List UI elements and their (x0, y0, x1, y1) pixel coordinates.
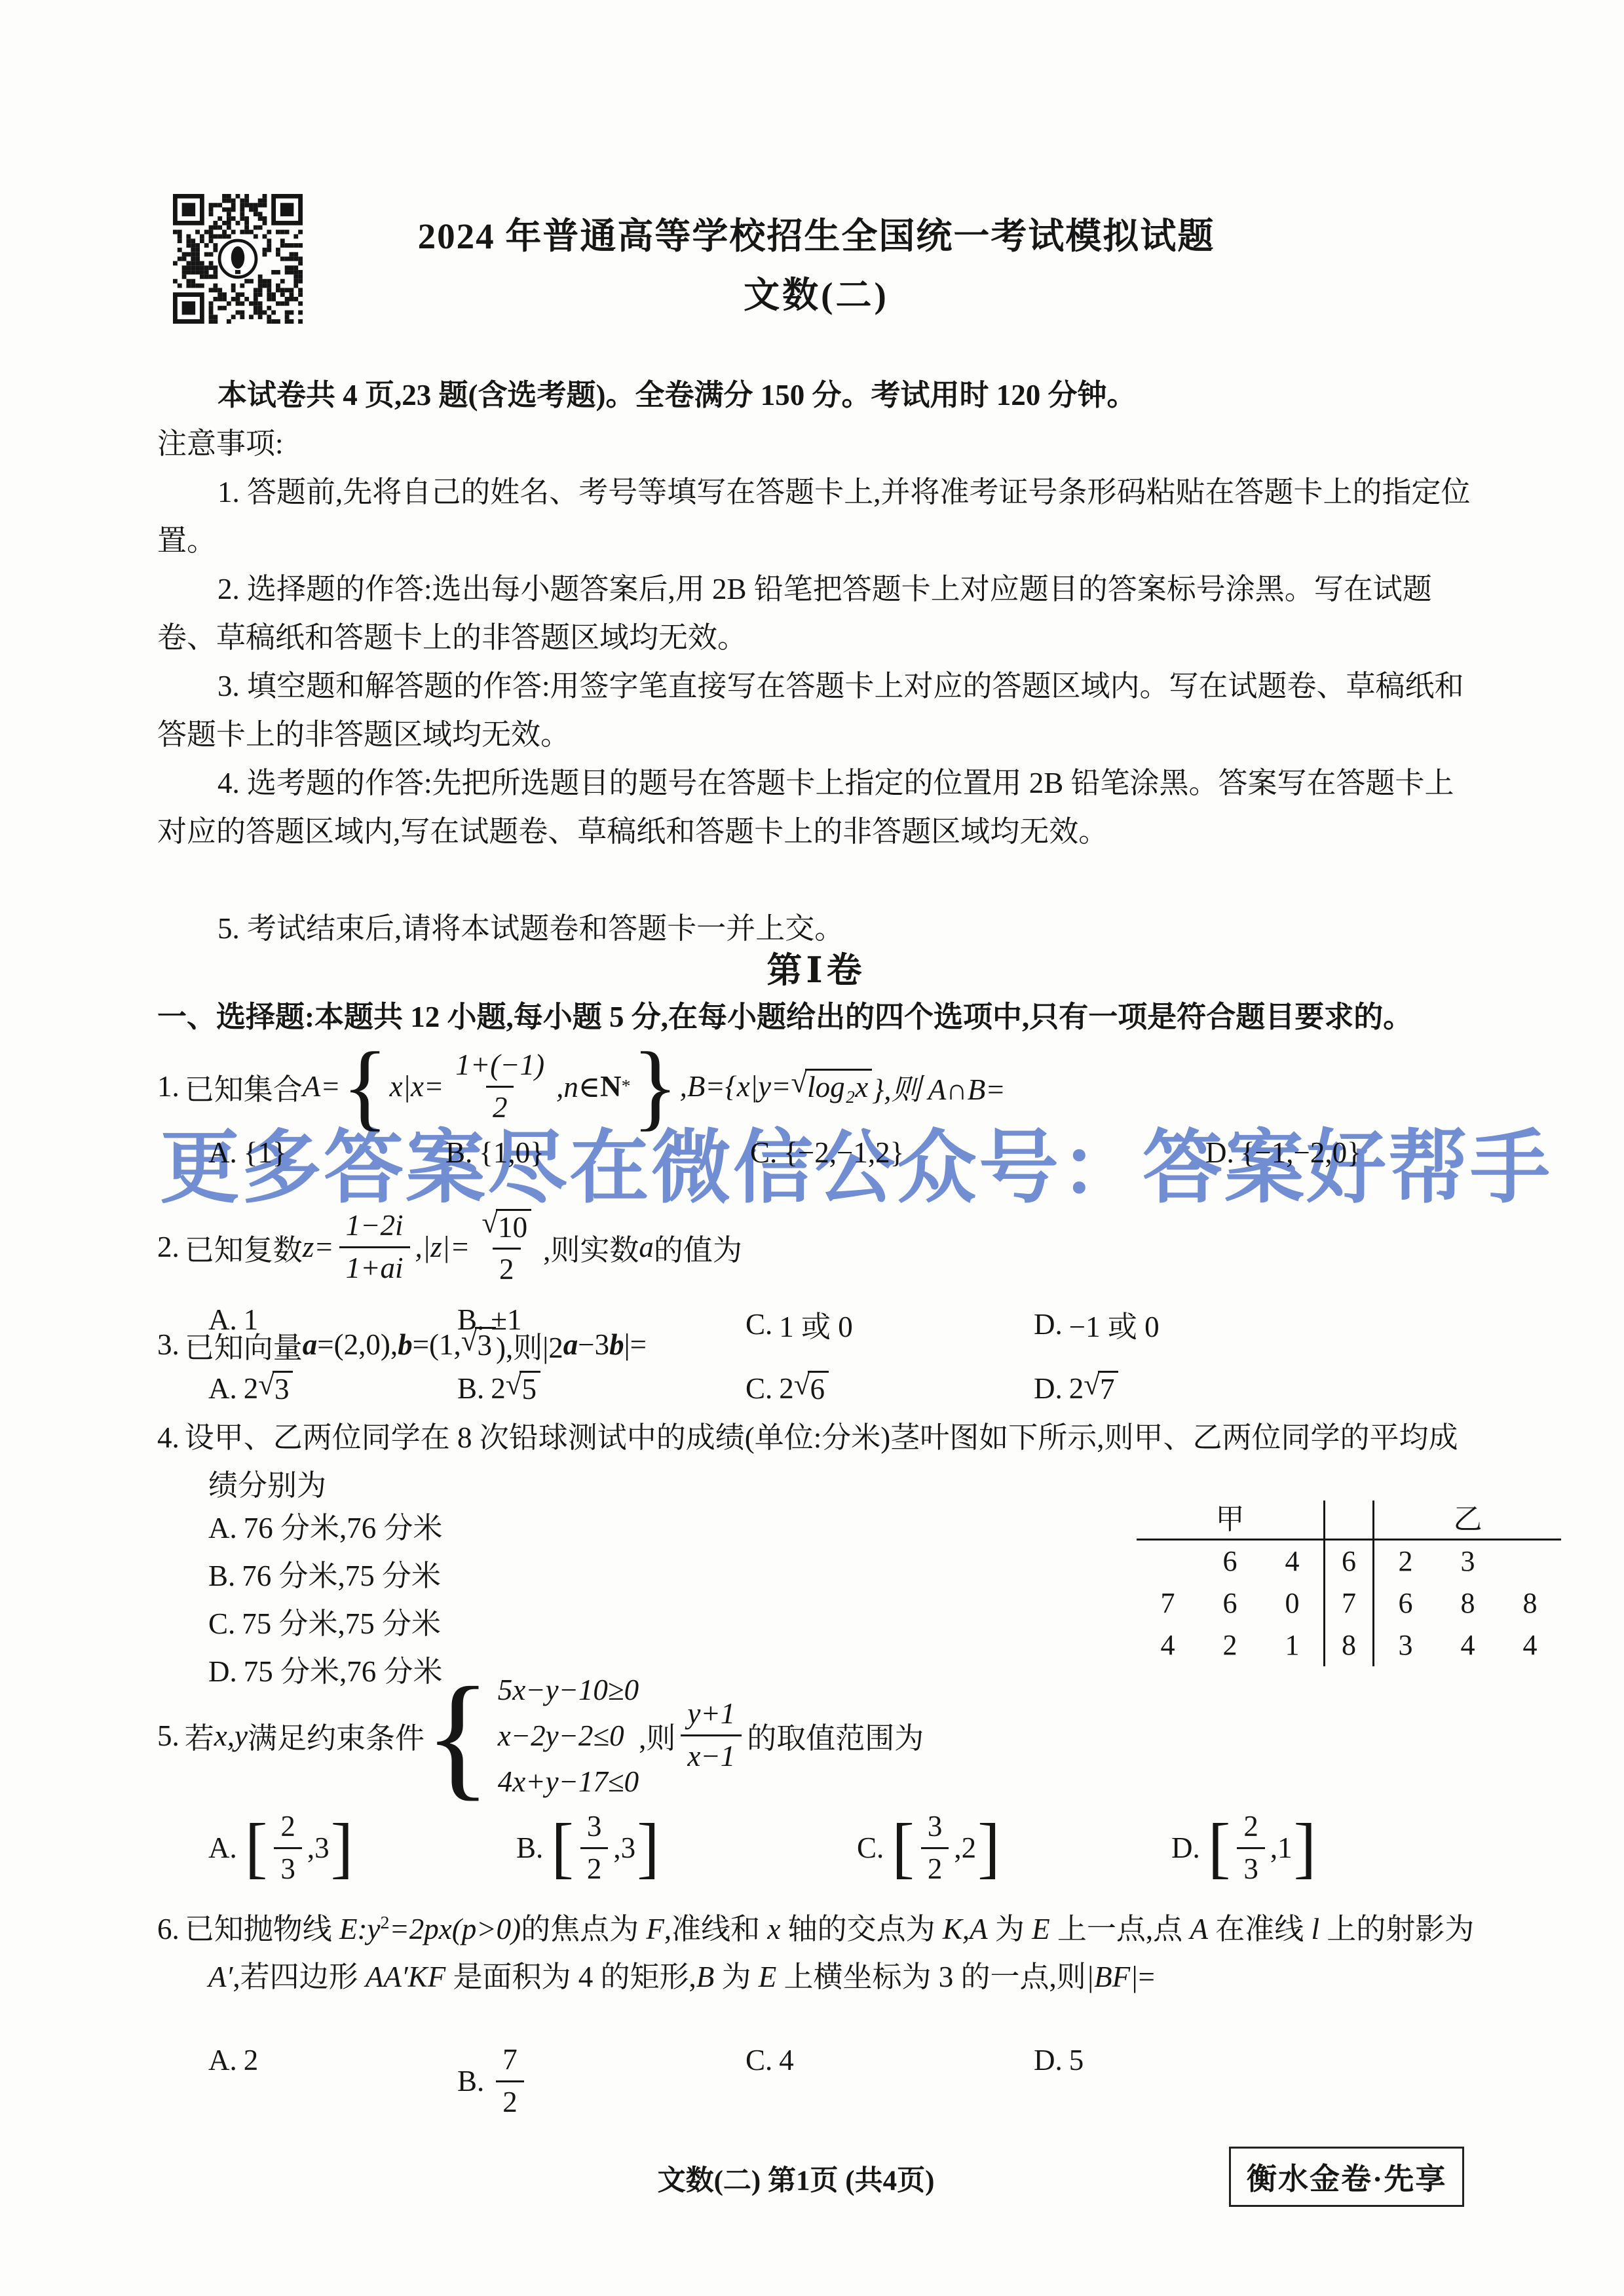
option-b: B.[32,3] (516, 1810, 661, 1886)
radical-sign: √ (791, 1068, 807, 1098)
question-2-number: 2. (157, 1230, 179, 1264)
question-5-number: 5. (157, 1719, 179, 1753)
option-c: C.[32,2] (857, 1810, 1002, 1886)
question-6: 6.已知抛物线 E:y2=2px(p>0)的焦点为 F,准线和 x 轴的交点为 … (157, 1899, 1477, 2001)
notice-heading: 注意事项: (157, 419, 1477, 468)
option-c: C.75 分米,75 分米 (208, 1600, 443, 1648)
fraction: 1−2i 1+ai (339, 1209, 410, 1286)
question-1-number: 1. (157, 1069, 179, 1103)
question-3: 3. 已知向量 a =(2,0), b =(1, √3 ),则|2 a −3 b… (157, 1318, 1477, 1371)
question-3-number: 3. (157, 1328, 179, 1362)
header-yi: 乙 (1374, 1501, 1561, 1539)
radical: √ log₂x (791, 1069, 872, 1104)
table-row: 6 4 6 2 3 (1137, 1540, 1561, 1582)
question-5: 5. 若 x,y 满足约束条件 { 5x−y−10≥0 x−2y−2≤0 4x+… (157, 1668, 1477, 1803)
notice-item-1: 1. 答题前,先将自己的姓名、考号等填写在答题卡上,并将准考证号条形码粘贴在答题… (157, 468, 1477, 565)
option-b: B.76 分米,75 分米 (208, 1552, 443, 1600)
fraction: √10 2 (475, 1207, 538, 1286)
table-row: 4 2 1 8 3 4 4 (1137, 1624, 1561, 1666)
option-a: A.2√3 (208, 1371, 293, 1406)
option-b: B.72 (457, 2043, 529, 2120)
exam-page: 2024 年普通高等学校招生全国统一考试模拟试题 文数(二) 本试卷共 4 页,… (0, 0, 1624, 2296)
option-a: A.2 (208, 2043, 258, 2077)
watermark: 更多答案尽在微信公众号：答案好帮手 (160, 1103, 1496, 1218)
option-d: D.5 (1034, 2043, 1084, 2077)
table-row: 7 6 0 7 6 8 8 (1137, 1582, 1561, 1624)
option-a: A.76 分米,76 分米 (208, 1504, 443, 1552)
option-b: B.2√5 (457, 1371, 540, 1406)
page-title: 2024 年普通高等学校招生全国统一考试模拟试题 (157, 207, 1475, 259)
question-5-options: A.[23,3] B.[32,3] C.[32,2] D.[23,1] (157, 1810, 1477, 1902)
constraint-system: 5x−y−10≥0 x−2y−2≤0 4x+y−17≤0 (498, 1671, 639, 1801)
option-d: D.[23,1] (1171, 1810, 1317, 1886)
question-6-options: A.2 B.72 C.4 D.5 (157, 2043, 1477, 2128)
notice-item-2: 2. 选择题的作答:选出每小题答案后,用 2B 铅笔把答题卡上对应题目的答案标号… (157, 565, 1477, 662)
question-4: 4.设甲、乙两位同学在 8 次铅球测试中的成绩(单位:分米)茎叶图如下所示,则甲… (157, 1414, 1477, 1510)
option-a: A.[23,3] (208, 1810, 354, 1886)
exam-info: 本试卷共 4 页,23 题(含选考题)。全卷满分 150 分。考试用时 120 … (157, 371, 1477, 419)
stem-leaf-table: 甲 乙 6 4 6 2 3 7 6 0 7 6 8 8 4 2 1 8 3 (1137, 1501, 1561, 1666)
question-4-options: A.76 分米,76 分米 B.76 分米,75 分米 C.75 分米,75 分… (208, 1504, 443, 1696)
question-4-number: 4. (157, 1421, 179, 1454)
notice-item-3: 3. 填空题和解答题的作答:用签字笔直接写在答题卡上对应的答题区域内。写在试题卷… (157, 662, 1477, 759)
option-c: C.2√6 (746, 1371, 829, 1406)
part1-title: 第Ⅰ卷 (157, 942, 1475, 993)
page-subtitle: 文数(二) (157, 266, 1475, 318)
fraction: y+1 x−1 (681, 1697, 742, 1774)
question-6-number: 6. (157, 1913, 179, 1945)
option-c: C.4 (746, 2043, 794, 2077)
notice-item-4: 4. 选考题的作答:先把所选题目的题号在答题卡上指定的位置用 2B 铅笔涂黑。答… (157, 759, 1477, 856)
option-d: D.2√7 (1034, 1371, 1118, 1406)
footer-brand-badge: 衡水金卷·先享 (1229, 2147, 1464, 2207)
stem-leaf-header: 甲 乙 (1137, 1501, 1561, 1540)
header-jia: 甲 (1137, 1501, 1323, 1539)
radical: √3 (461, 1327, 496, 1362)
